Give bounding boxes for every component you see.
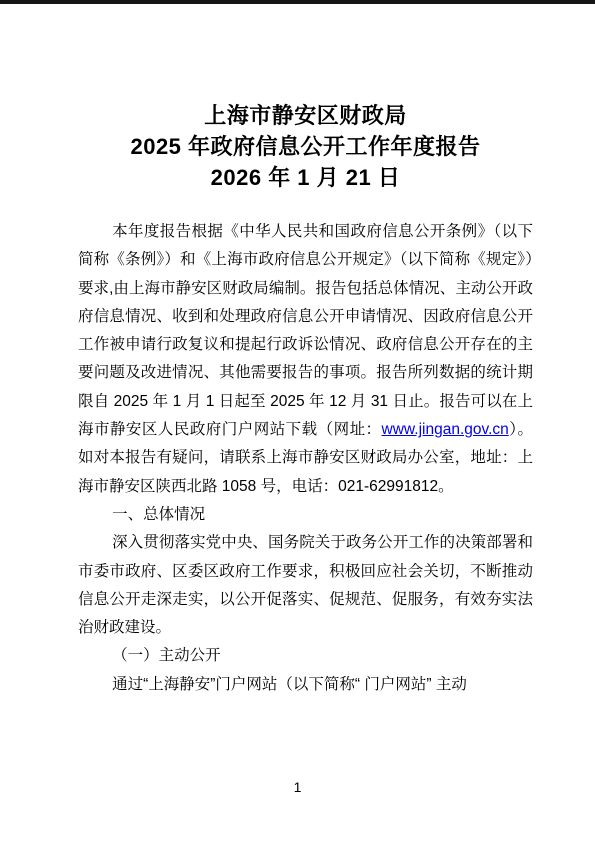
title-line-report: 2025 年政府信息公开工作年度报告 xyxy=(78,131,533,162)
title-line-date: 2026 年 1 月 21 日 xyxy=(78,162,533,193)
subsection-1-paragraph: 通过“上海静安”门户网站（以下简称“ 门户网站” 主动 xyxy=(78,671,533,699)
intro-text-before-link: 本年度报告根据《中华人民共和国政府信息公开条例》（以下简称《条例》）和《上海市政… xyxy=(78,223,533,438)
page-top-edge-bar xyxy=(0,0,595,4)
page-number: 1 xyxy=(0,777,595,797)
section-1-heading: 一、总体情况 xyxy=(78,501,533,529)
intro-paragraph: 本年度报告根据《中华人民共和国政府信息公开条例》（以下简称《条例》）和《上海市政… xyxy=(78,218,533,501)
document-body: 本年度报告根据《中华人民共和国政府信息公开条例》（以下简称《条例》）和《上海市政… xyxy=(78,218,533,699)
title-line-org: 上海市静安区财政局 xyxy=(78,100,533,131)
subsection-1-heading: （一）主动公开 xyxy=(78,642,533,670)
section-1-paragraph: 深入贯彻落实党中央、国务院关于政务公开工作的决策部署和市委市政府、区委区政府工作… xyxy=(78,529,533,642)
page-content: 上海市静安区财政局 2025 年政府信息公开工作年度报告 2026 年 1 月 … xyxy=(78,100,533,699)
document-page: 上海市静安区财政局 2025 年政府信息公开工作年度报告 2026 年 1 月 … xyxy=(0,0,595,841)
document-title: 上海市静安区财政局 2025 年政府信息公开工作年度报告 2026 年 1 月 … xyxy=(78,100,533,193)
website-link[interactable]: www.jingan.gov.cn xyxy=(382,421,509,438)
